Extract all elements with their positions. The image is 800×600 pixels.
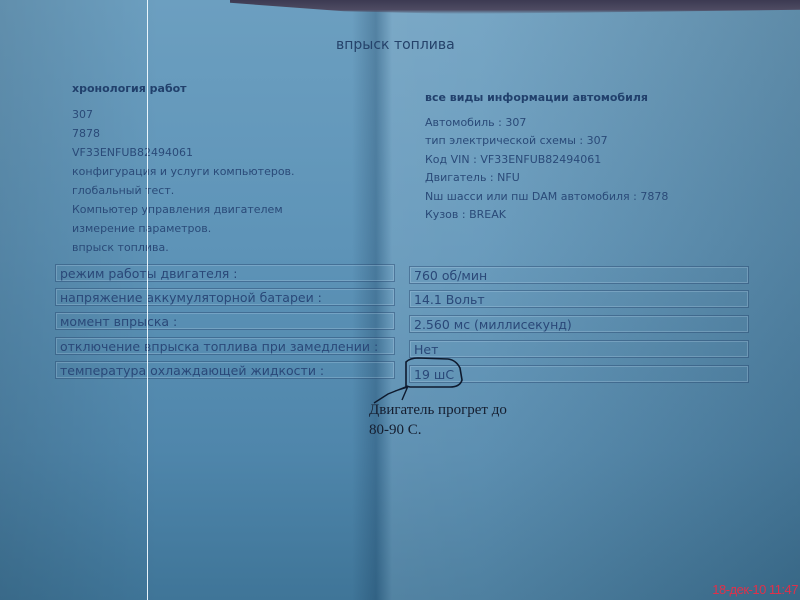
param-label-coolant-temp: температура охлаждающей жидкости : bbox=[55, 361, 395, 379]
history-line: впрыск топлива. bbox=[72, 238, 295, 257]
param-value-coolant-temp: 19 шС bbox=[409, 365, 749, 383]
history-section: хронология работ 307 7878 VF33ENFUB82494… bbox=[72, 79, 295, 257]
vehicle-info-section: все виды информации автомобиля Автомобил… bbox=[425, 89, 668, 225]
handwritten-note: Двигатель прогрет до 80-90 С. bbox=[369, 400, 507, 440]
vehicle-info-line: тип электрической схемы : 307 bbox=[425, 132, 668, 151]
param-value-engine-speed: 760 об/мин bbox=[409, 266, 749, 284]
vehicle-info-line: Кузов : BREAK bbox=[425, 206, 668, 225]
param-label-injection-time: момент впрыска : bbox=[55, 312, 395, 330]
camera-timestamp: 18-дек-10 11:47 bbox=[712, 582, 798, 597]
param-label-fuel-cutoff: отключение впрыска топлива при замедлени… bbox=[55, 337, 395, 355]
param-value-fuel-cutoff: Нет bbox=[409, 340, 749, 358]
param-value-battery-voltage: 14.1 Вольт bbox=[409, 290, 749, 308]
param-value-injection-time: 2.560 мс (миллисекунд) bbox=[409, 315, 749, 333]
history-heading: хронология работ bbox=[72, 79, 295, 98]
history-line: глобальный тест. bbox=[72, 181, 295, 200]
history-line: конфигурация и услуги компьютеров. bbox=[72, 162, 295, 181]
param-label-engine-speed: режим работы двигателя : bbox=[55, 264, 395, 282]
history-line: измерение параметров. bbox=[72, 219, 295, 238]
vehicle-info-heading: все виды информации автомобиля bbox=[425, 89, 668, 108]
history-line: 7878 bbox=[72, 124, 295, 143]
page-title: впрыск топлива bbox=[336, 37, 455, 53]
vehicle-info-line: Автомобиль : 307 bbox=[425, 114, 668, 133]
history-line: VF33ENFUB82494061 bbox=[72, 143, 295, 162]
history-line: 307 bbox=[72, 105, 295, 124]
vehicle-info-line: Код VIN : VF33ENFUB82494061 bbox=[425, 151, 668, 170]
note-line-2: 80-90 С. bbox=[369, 420, 507, 440]
vehicle-info-line: Двигатель : NFU bbox=[425, 169, 668, 188]
history-line: Компьютер управления двигателем bbox=[72, 200, 295, 219]
scan-artifact-line bbox=[147, 0, 148, 600]
note-line-1: Двигатель прогрет до bbox=[369, 400, 507, 420]
param-label-battery-voltage: напряжение аккумуляторной батареи : bbox=[55, 288, 395, 306]
vehicle-info-line: Nш шасси или пш DAM автомобиля : 7878 bbox=[425, 188, 668, 207]
